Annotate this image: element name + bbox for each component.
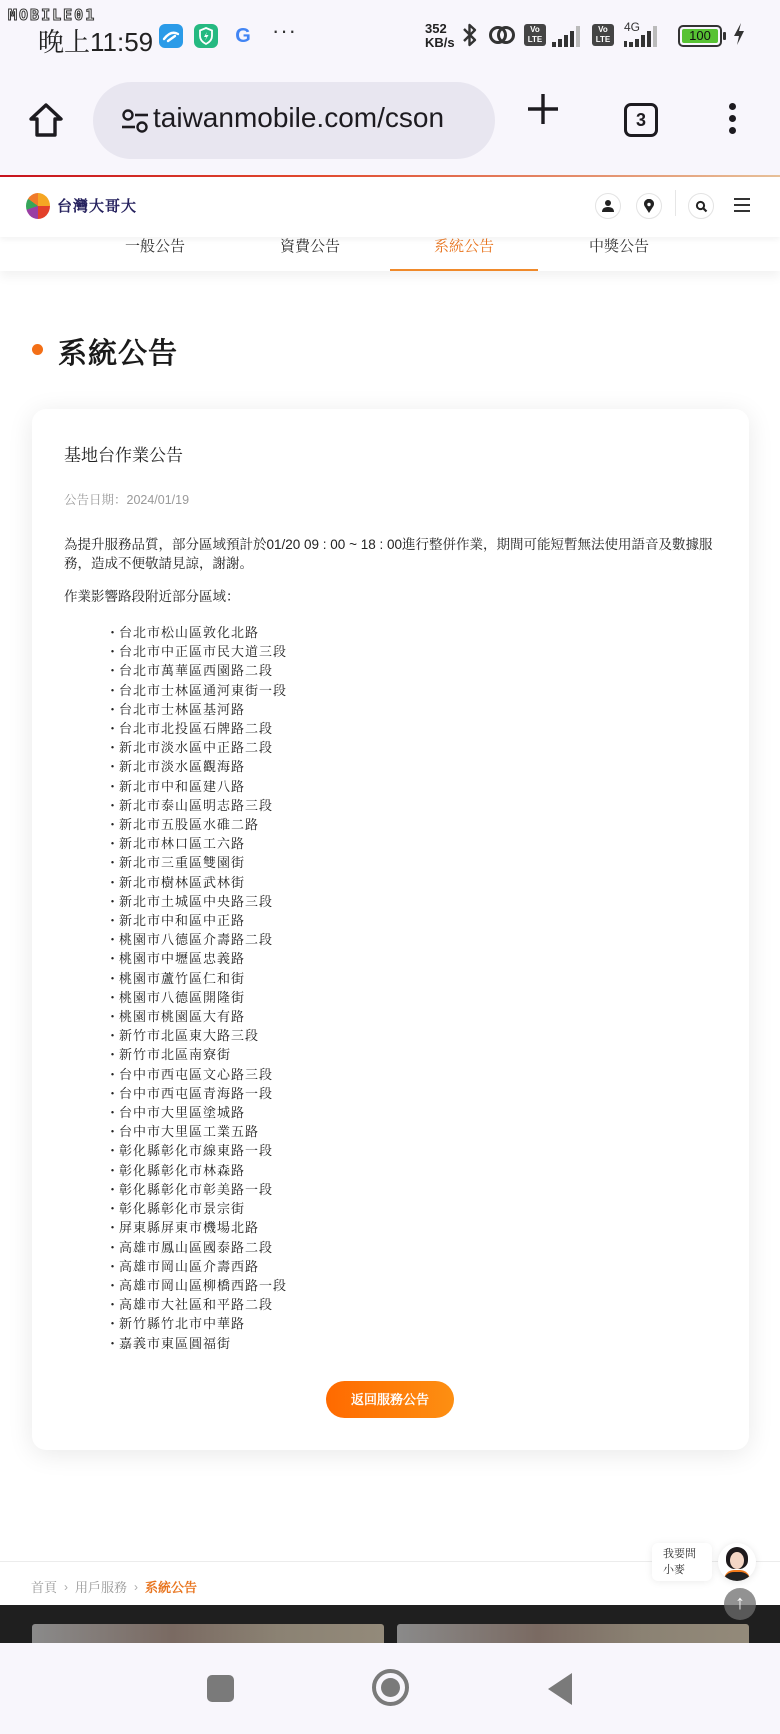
url-text[interactable]: taiwanmobile.com/cson (153, 102, 483, 134)
breadcrumb: 首頁 › 用戶服務 › 系統公告 (31, 1577, 197, 1596)
chat-line-2: 小麥 (663, 1562, 712, 1578)
hotspot-link-icon (487, 22, 517, 54)
promo-card-2[interactable] (397, 1624, 749, 1645)
member-button[interactable] (595, 193, 621, 219)
list-item: 新竹市北區東大路三段 (114, 1026, 287, 1045)
volte-badge-sim1: Vo LTE (524, 24, 546, 46)
list-item: 台北市士林區基河路 (114, 700, 287, 719)
signal-strength-sim2-icon (624, 25, 657, 47)
network-speed-value: 352 (425, 22, 455, 36)
system-back-button[interactable] (548, 1673, 572, 1705)
home-dot-icon (381, 1678, 400, 1697)
list-item: 彰化縣彰化市林森路 (114, 1161, 287, 1180)
location-pin-icon (643, 199, 655, 214)
list-item: 桃園市桃園區大有路 (114, 1007, 287, 1026)
list-item: 台北市松山區敦化北路 (114, 623, 287, 642)
list-item: 彰化縣彰化市景宗街 (114, 1199, 287, 1218)
list-item: 桃園市中壢區忠義路 (114, 949, 287, 968)
battery-icon: 100 (678, 25, 722, 47)
list-item: 台中市大里區工業五路 (114, 1122, 287, 1141)
list-item: 彰化縣彰化市彰美路一段 (114, 1180, 287, 1199)
tab-system[interactable]: 系統公告 (390, 235, 538, 271)
more-notifications-icon: ··· (272, 18, 297, 44)
system-navigation-bar (0, 1643, 780, 1734)
list-item: 彰化縣彰化市線東路一段 (114, 1141, 287, 1160)
tab-general[interactable]: 一般公告 (81, 235, 229, 271)
list-item: 新北市中和區建八路 (114, 777, 287, 796)
chat-line-1: 我要問 (663, 1546, 712, 1562)
list-item: 新北市樹林區武林街 (114, 873, 287, 892)
list-item: 新北市土城區中央路三段 (114, 892, 287, 911)
list-item: 新北市淡水區觀海路 (114, 757, 287, 776)
list-item: 台北市士林區通河東街一段 (114, 681, 287, 700)
browser-menu-button[interactable] (729, 103, 737, 139)
new-tab-button[interactable] (526, 90, 560, 134)
announcement-card: 基地台作業公告 公告日期：2024/01/19 為提升服務品質，部分區域預計於0… (32, 409, 749, 1450)
breadcrumb-customer-service[interactable]: 用戶服務 (75, 1577, 127, 1596)
chat-assistant-bubble[interactable]: 我要問 小麥 (652, 1543, 712, 1581)
volte-badge-sim2: Vo LTE (592, 24, 614, 46)
back-to-announcements-button[interactable]: 返回服務公告 (326, 1381, 454, 1418)
list-item: 高雄市鳳山區國泰路二段 (114, 1238, 287, 1257)
announcement-date: 公告日期：2024/01/19 (64, 490, 189, 508)
list-item: 新竹市北區南寮街 (114, 1045, 287, 1064)
list-item: 台北市萬華區西園路二段 (114, 661, 287, 680)
site-settings-icon[interactable] (121, 108, 149, 134)
battery-tip (723, 32, 726, 40)
tab-winners[interactable]: 中獎公告 (545, 235, 693, 271)
user-icon (601, 199, 615, 213)
signal-strength-sim1-icon (552, 25, 580, 47)
battery-level: 100 (682, 29, 718, 43)
list-item: 嘉義市東區圓福街 (114, 1334, 287, 1353)
chevron-right-icon: › (64, 1580, 68, 1594)
header-divider (675, 190, 676, 216)
avatar-face (730, 1552, 744, 1569)
list-item: 桃園市蘆竹區仁和街 (114, 969, 287, 988)
clock: 晚上11:59 (38, 22, 153, 59)
list-item: 台北市中正區市民大道三段 (114, 642, 287, 661)
status-bar: MOBILE01 晚上11:59 G ··· 352 KB/s Vo LTE V… (0, 0, 780, 70)
brand-logo-icon[interactable] (26, 193, 50, 219)
affected-areas-list: 台北市松山區敦化北路 台北市中正區市民大道三段 台北市萬華區西園路二段 台北市士… (114, 623, 287, 1353)
list-item: 高雄市岡山區介壽西路 (114, 1257, 287, 1276)
list-item: 新竹縣竹北市中華路 (114, 1314, 287, 1333)
list-item: 新北市中和區中正路 (114, 911, 287, 930)
list-item: 高雄市大社區和平路二段 (114, 1295, 287, 1314)
charging-icon (732, 22, 746, 52)
speedtest-icon (159, 24, 183, 48)
recent-apps-button[interactable] (207, 1675, 234, 1702)
browser-home-button[interactable] (26, 100, 66, 140)
screen: MOBILE01 晚上11:59 G ··· 352 KB/s Vo LTE V… (0, 0, 780, 1734)
home-icon (26, 100, 66, 140)
dot (729, 127, 736, 134)
affected-areas-heading: 作業影響路段附近部分區域： (64, 585, 240, 605)
list-item: 桃園市八德區介壽路二段 (114, 930, 287, 949)
bluetooth-icon (461, 22, 479, 54)
promo-banner-strip (0, 1605, 780, 1645)
dot (729, 115, 736, 122)
list-item: 台北市北投區石牌路二段 (114, 719, 287, 738)
brand-name[interactable]: 台灣大哥大 (57, 195, 137, 216)
page-title: 系統公告 (58, 331, 178, 372)
list-item: 屏東縣屏東市機場北路 (114, 1218, 287, 1237)
list-item: 新北市林口區工六路 (114, 834, 287, 853)
avatar-shirt (724, 1570, 750, 1581)
store-locator-button[interactable] (636, 193, 662, 219)
bar (734, 210, 750, 212)
chevron-right-icon: › (134, 1580, 138, 1594)
breadcrumb-current: 系統公告 (145, 1577, 197, 1596)
list-item: 新北市泰山區明志路三段 (114, 796, 287, 815)
title-bullet-icon (32, 344, 43, 355)
system-home-button[interactable] (372, 1669, 409, 1706)
hamburger-menu-icon[interactable] (734, 198, 750, 212)
list-item: 新北市五股區水碓二路 (114, 815, 287, 834)
search-button[interactable] (688, 193, 714, 219)
chat-assistant-avatar[interactable] (718, 1543, 756, 1581)
tab-rates[interactable]: 資費公告 (236, 235, 384, 271)
list-item: 台中市西屯區文心路三段 (114, 1065, 287, 1084)
dot (729, 103, 736, 110)
list-item: 台中市大里區塗城路 (114, 1103, 287, 1122)
network-speed: 352 KB/s (425, 22, 455, 50)
promo-card-1[interactable] (32, 1624, 384, 1645)
list-item: 新北市淡水區中正路二段 (114, 738, 287, 757)
list-item: 台中市西屯區青海路一段 (114, 1084, 287, 1103)
breadcrumb-home[interactable]: 首頁 (31, 1577, 57, 1596)
google-icon: G (231, 24, 255, 48)
site-header: 台灣大哥大 (0, 177, 780, 237)
scroll-to-top-button[interactable]: ↑ (724, 1588, 756, 1620)
bar (734, 204, 750, 206)
network-speed-unit: KB/s (425, 36, 455, 50)
announcement-title: 基地台作業公告 (64, 441, 183, 466)
announcement-body: 為提升服務品質，部分區域預計於01/20 09 : 00 ~ 18 : 00進行… (64, 535, 724, 573)
search-icon (695, 200, 708, 213)
bar (734, 198, 750, 200)
list-item: 高雄市岡山區柳橋西路一段 (114, 1276, 287, 1295)
address-bar[interactable]: taiwanmobile.com/cson (93, 82, 495, 159)
shield-bolt-icon (194, 24, 218, 48)
browser-toolbar: taiwanmobile.com/cson 3 (0, 70, 780, 176)
list-item: 新北市三重區雙園街 (114, 853, 287, 872)
plus-icon (526, 92, 560, 126)
list-item: 桃園市八德區開隆街 (114, 988, 287, 1007)
tab-switcher-button[interactable]: 3 (624, 103, 658, 137)
